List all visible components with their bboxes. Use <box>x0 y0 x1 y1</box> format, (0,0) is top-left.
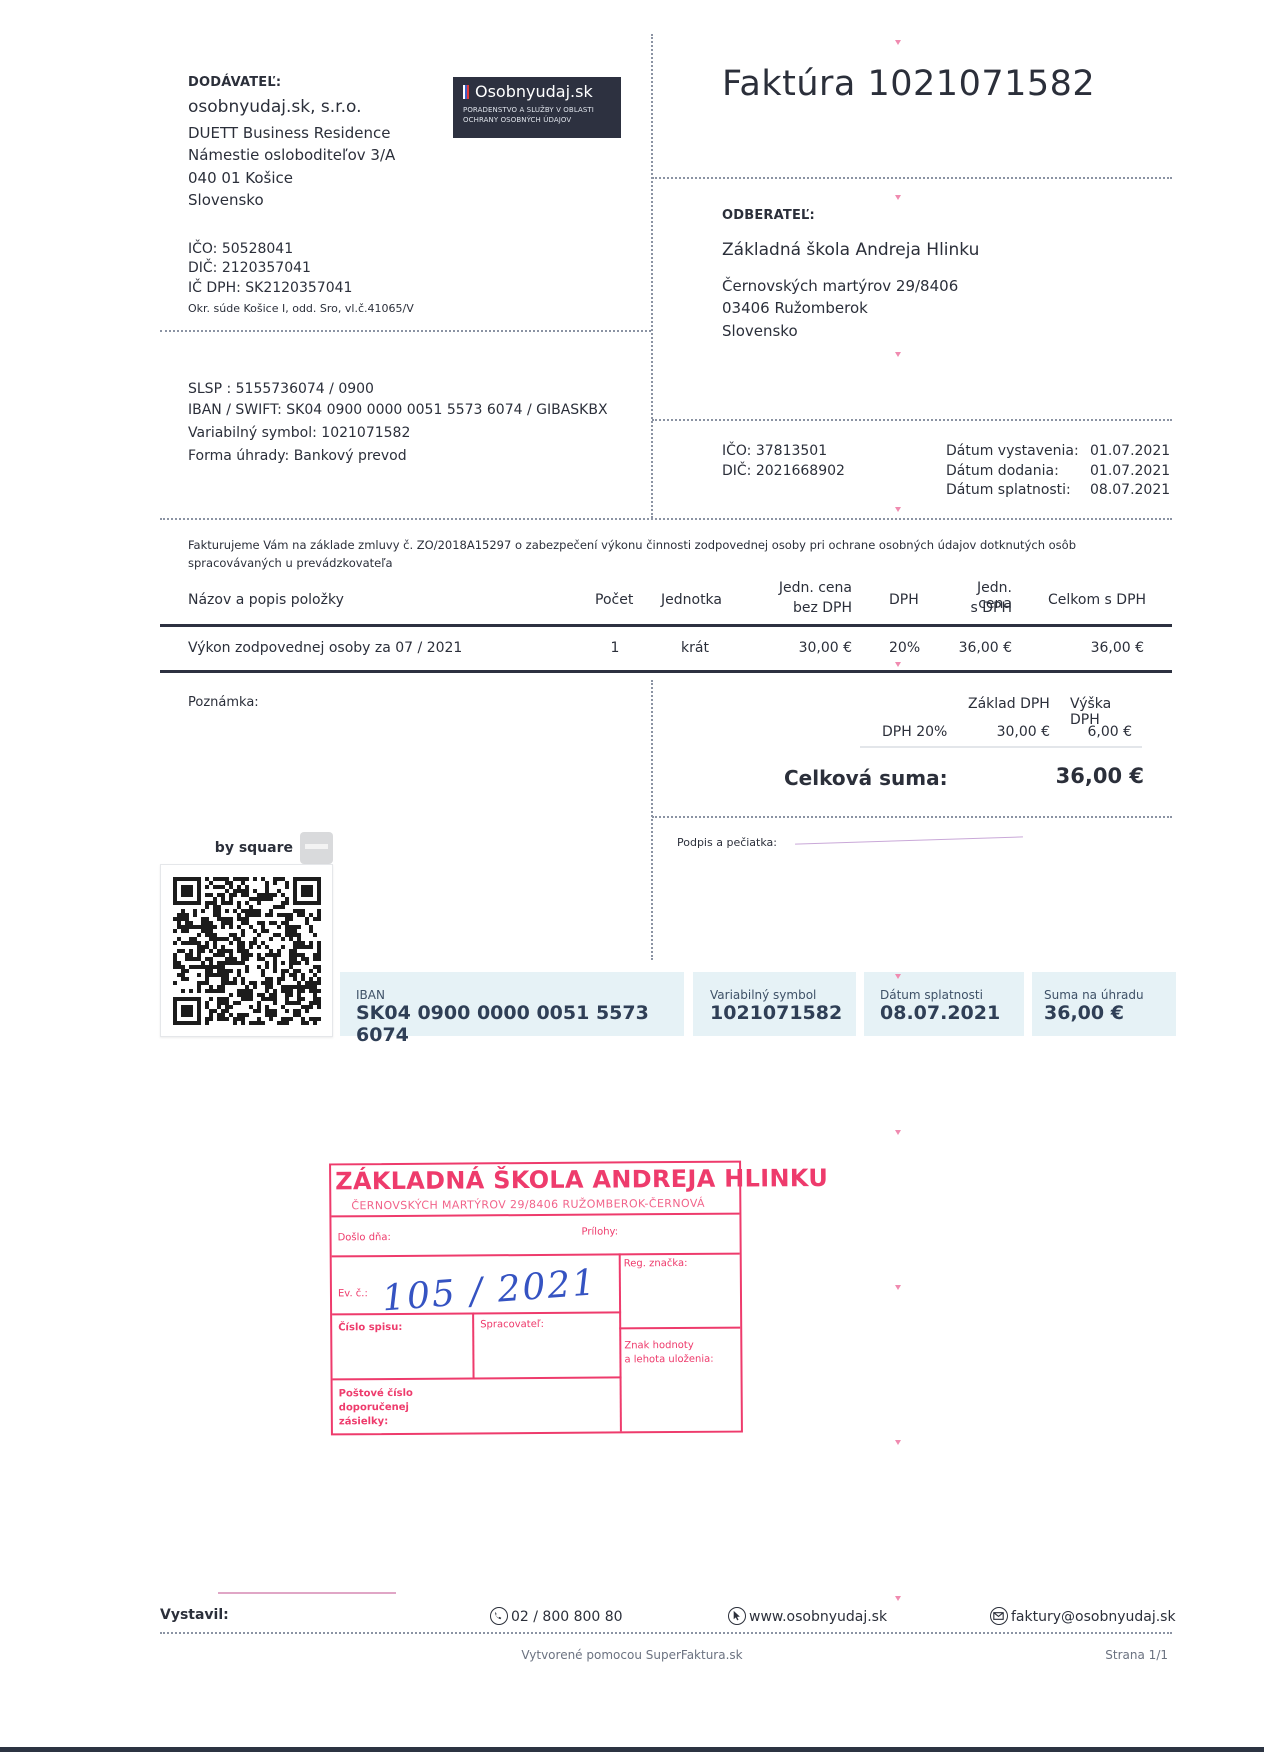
supplier-dic: DIČ: 2120357041 <box>188 258 311 278</box>
col-total: Celkom s DPH <box>1048 592 1146 608</box>
stamp-post-label: doporučenej <box>339 1401 409 1415</box>
table-rule-top <box>160 624 1172 627</box>
bank-iban-swift: IBAN / SWIFT: SK04 0900 0000 0051 5573 6… <box>188 400 608 420</box>
payment-due-value: 08.07.2021 <box>880 1002 1000 1024</box>
divider-supplier <box>160 330 651 332</box>
signature-line <box>795 836 1023 844</box>
item-unit: krát <box>660 640 730 656</box>
payment-iban-value: SK04 0900 0000 0051 5573 6074 <box>356 1002 684 1046</box>
supplier-address-line: DUETT Business Residence <box>188 122 390 144</box>
divider-title <box>652 177 1172 179</box>
stamp-subtitle: ČERNOVSKÝCH MARTÝROV 29/8406 RUŽOMBEROK-… <box>351 1197 705 1212</box>
payment-iban: IBAN SK04 0900 0000 0051 5573 6074 <box>340 972 684 1036</box>
divider-total <box>652 816 1172 818</box>
divider-customer <box>652 419 1172 421</box>
col-name: Názov a popis položky <box>188 592 344 608</box>
customer-name: Základná škola Andreja Hlinku <box>722 240 979 260</box>
stamp-handler-label: Spracovateľ: <box>480 1318 544 1332</box>
payment-due-date: Dátum splatnosti 08.07.2021 <box>864 972 1024 1036</box>
bank-payment-method: Forma úhrady: Bankový prevod <box>188 446 407 466</box>
col-qty: Počet <box>595 592 633 608</box>
footer-phone[interactable]: 02 / 800 800 80 <box>490 1607 623 1625</box>
column-divider-bottom <box>651 680 653 960</box>
bank-variable-symbol: Variabilný symbol: 1021071582 <box>188 423 410 443</box>
phone-icon <box>490 1607 508 1625</box>
footer-divider <box>160 1632 1172 1634</box>
supplier-address-line: Námestie osloboditeľov 3/A <box>188 144 395 166</box>
item-unit-price: 30,00 € <box>740 640 852 656</box>
website-text: www.osobnyudaj.sk <box>749 1609 887 1625</box>
payment-amount-label: Suma na úhradu <box>1044 988 1144 1002</box>
date-delivered: 01.07.2021 <box>1090 461 1170 481</box>
payment-vs-value: 1021071582 <box>710 1002 842 1024</box>
stamp-post-label: zásielky: <box>339 1415 388 1429</box>
stamp-received-label: Došlo dňa: <box>338 1231 391 1245</box>
vat-base: 30,00 € <box>960 724 1050 740</box>
card-icon <box>300 832 333 864</box>
supplier-address-line: 040 01 Košice <box>188 167 293 189</box>
vat-base-header: Základ DPH <box>968 696 1050 712</box>
payment-qr-code <box>160 864 333 1037</box>
stamp-reg-label: Reg. značka: <box>624 1257 688 1271</box>
stamp-retention-label: Znak hodnoty <box>624 1339 693 1353</box>
email-text: faktury@osobnyudaj.sk <box>1011 1609 1176 1625</box>
logo-tagline: PORADENSTVO A SLUŽBY V OBLASTI <box>463 105 611 115</box>
column-divider-top <box>651 34 653 518</box>
vat-summary-rule <box>860 746 1142 748</box>
customer-dic: DIČ: 2021668902 <box>722 461 845 481</box>
pay-by-square-badge: by square <box>160 830 333 864</box>
supplier-ico: IČO: 50528041 <box>188 239 293 259</box>
total-label: Celková suma: <box>784 766 948 790</box>
payment-amount: Suma na úhradu 36,00 € <box>1032 972 1176 1036</box>
payment-variable-symbol: Variabilný symbol 1021071582 <box>693 972 856 1036</box>
phone-text: 02 / 800 800 80 <box>511 1609 623 1625</box>
customer-label: ODBERATEĽ: <box>722 208 815 223</box>
col-unit-price-vat: s DPH <box>940 600 1012 616</box>
issuer-signature-line <box>218 1592 396 1594</box>
stamp-post-label: Poštové číslo <box>339 1387 413 1402</box>
payment-vs-label: Variabilný symbol <box>710 988 816 1002</box>
date-issued: 01.07.2021 <box>1090 441 1170 461</box>
item-name: Výkon zodpovednej osoby za 07 / 2021 <box>188 640 462 656</box>
stamp-title: ZÁKLADNÁ ŠKOLA ANDREJA HLINKU <box>335 1164 828 1195</box>
invoice-title: Faktúra 1021071582 <box>722 64 1095 104</box>
date-label: Dátum dodania: <box>946 461 1059 481</box>
item-qty: 1 <box>600 640 630 656</box>
date-label: Dátum splatnosti: <box>946 480 1071 500</box>
bank-account: SLSP : 5155736074 / 0900 <box>188 379 374 399</box>
divider-header <box>160 518 1172 520</box>
qr-code-icon <box>173 877 321 1025</box>
intro-text: Fakturujeme Vám na základe zmluvy č. ZO/… <box>188 536 1148 572</box>
items-table-header: Názov a popis položky Počet Jednotka Jed… <box>160 578 1172 624</box>
logo-name: Osobnyudaj.sk <box>475 82 593 102</box>
company-logo: Osobnyudaj.sk PORADENSTVO A SLUŽBY V OBL… <box>453 77 621 138</box>
table-row: Výkon zodpovednej osoby za 07 / 2021 1 k… <box>160 636 1172 662</box>
col-unit: Jednotka <box>661 592 722 608</box>
scan-edge <box>0 1747 1264 1752</box>
customer-address-line: Slovensko <box>722 320 798 342</box>
customer-address-line: Černovských martýrov 29/8406 <box>722 275 958 297</box>
payment-iban-label: IBAN <box>356 988 385 1002</box>
stamp-retention-label: a lehota uloženia: <box>624 1353 713 1368</box>
col-vat: DPH <box>889 592 919 608</box>
vat-rate: DPH 20% <box>882 724 947 740</box>
table-rule-bottom <box>160 670 1172 673</box>
date-label: Dátum vystavenia: <box>946 441 1079 461</box>
page-number: Strana 1/1 <box>1105 1648 1168 1662</box>
issued-by-label: Vystavil: <box>160 1607 229 1623</box>
footer-email[interactable]: faktury@osobnyudaj.sk <box>990 1607 1176 1625</box>
creator-credit: Vytvorené pomocou SuperFaktura.sk <box>0 1648 1264 1662</box>
supplier-registry: Okr. súde Košice I, odd. Sro, vl.č.41065… <box>188 301 414 317</box>
pay-by-square-label: by square <box>215 840 293 856</box>
signature-label: Podpis a pečiatka: <box>677 835 777 851</box>
payment-due-label: Dátum splatnosti <box>880 988 983 1002</box>
flag-icon <box>463 85 469 99</box>
date-due: 08.07.2021 <box>1090 480 1170 500</box>
col-unit-price: Jedn. cena <box>760 580 852 596</box>
stamp-file-label: Číslo spisu: <box>338 1321 402 1335</box>
item-total: 36,00 € <box>1040 640 1144 656</box>
total-value: 36,00 € <box>1000 764 1144 788</box>
vat-amount: 6,00 € <box>1050 724 1132 740</box>
supplier-label: DODÁVATEĽ: <box>188 75 281 90</box>
stamp-attachments-label: Prílohy: <box>581 1225 618 1239</box>
supplier-ic-dph: IČ DPH: SK2120357041 <box>188 278 352 298</box>
stamp-ev-label: Ev. č.: <box>338 1287 368 1301</box>
payment-amount-value: 36,00 € <box>1044 1002 1124 1024</box>
note-label: Poznámka: <box>188 693 259 712</box>
cursor-icon <box>728 1607 746 1625</box>
item-unit-price-vat: 36,00 € <box>920 640 1012 656</box>
footer-website[interactable]: www.osobnyudaj.sk <box>728 1607 887 1625</box>
col-unit-price: bez DPH <box>760 600 852 616</box>
item-vat: 20% <box>889 640 920 656</box>
customer-address-line: 03406 Ružomberok <box>722 297 868 319</box>
supplier-address-line: Slovensko <box>188 189 264 211</box>
supplier-name: osobnyudaj.sk, s.r.o. <box>188 97 362 117</box>
customer-ico: IČO: 37813501 <box>722 441 827 461</box>
registry-stamp: ZÁKLADNÁ ŠKOLA ANDREJA HLINKU ČERNOVSKÝC… <box>329 1161 743 1436</box>
logo-tagline: OCHRANY OSOBNÝCH ÚDAJOV <box>463 115 611 125</box>
mail-icon <box>990 1607 1008 1625</box>
